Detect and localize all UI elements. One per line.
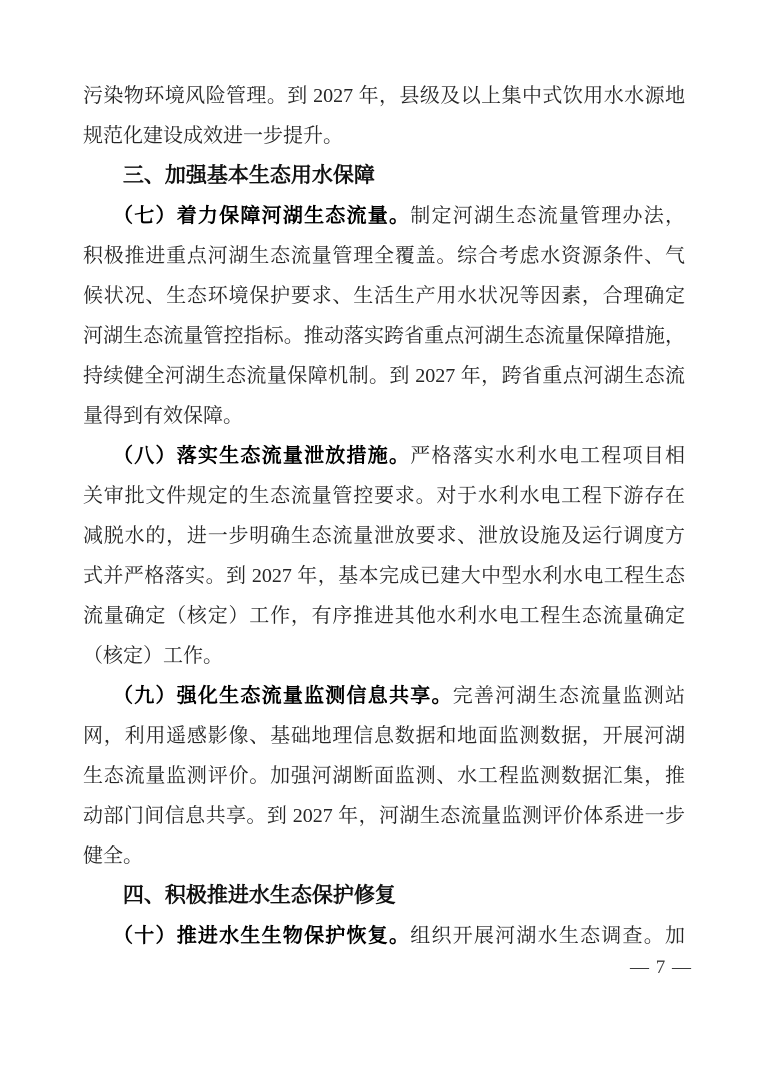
text-column: 污染物环境风险管理。到 2027 年，县级及以上集中式饮用水水源地 规范化建设成… bbox=[83, 76, 685, 956]
document-page: 污染物环境风险管理。到 2027 年，县级及以上集中式饮用水水源地 规范化建设成… bbox=[0, 0, 771, 1070]
clause-10-lead: （十）推进水生生物保护恢复。 bbox=[113, 925, 410, 947]
text-line: 减脱水的，进一步明确生态流量泄放要求、泄放设施及运行调度方 bbox=[83, 516, 685, 556]
text-line: 关审批文件规定的生态流量管控要求。对于水利水电工程下游存在 bbox=[83, 476, 685, 516]
clause-8-lead: （八）落实生态流量泄放措施。 bbox=[113, 445, 410, 467]
clause-9-text: 完善河湖生态流量监测站 bbox=[453, 685, 685, 707]
text-line: 网，利用遥感影像、基础地理信息数据和地面监测数据，开展河湖 bbox=[83, 716, 685, 756]
text-line: 生态流量监测评价。加强河湖断面监测、水工程监测数据汇集，推 bbox=[83, 756, 685, 796]
clause-7-text: 制定河湖生态流量管理办法， bbox=[410, 205, 685, 227]
text-line: 动部门间信息共享。到 2027 年，河湖生态流量监测评价体系进一步 bbox=[83, 796, 685, 836]
text-line: 健全。 bbox=[83, 836, 685, 876]
text-line: 河湖生态流量管控指标。推动落实跨省重点河湖生态流量保障措施， bbox=[83, 316, 685, 356]
text-line: 流量确定（核定）工作，有序推进其他水利水电工程生态流量确定 bbox=[83, 596, 685, 636]
text-line: （七）着力保障河湖生态流量。制定河湖生态流量管理办法， bbox=[83, 196, 685, 236]
clause-9-lead: （九）强化生态流量监测信息共享。 bbox=[113, 685, 453, 707]
section-heading-4: 四、积极推进水生态保护修复 bbox=[83, 876, 685, 916]
text-line: 式并严格落实。到 2027 年，基本完成已建大中型水利水电工程生态 bbox=[83, 556, 685, 596]
clause-7-lead: （七）着力保障河湖生态流量。 bbox=[113, 205, 410, 227]
clause-8-text: 严格落实水利水电工程项目相 bbox=[410, 445, 685, 467]
page-number: — 7 — bbox=[630, 956, 692, 980]
text-line: （核定）工作。 bbox=[83, 636, 685, 676]
text-line: （八）落实生态流量泄放措施。严格落实水利水电工程项目相 bbox=[83, 436, 685, 476]
text-line: （十）推进水生生物保护恢复。组织开展河湖水生态调查。加 bbox=[83, 916, 685, 956]
section-heading-3: 三、加强基本生态用水保障 bbox=[83, 156, 685, 196]
text-line: 污染物环境风险管理。到 2027 年，县级及以上集中式饮用水水源地 bbox=[83, 76, 685, 116]
clause-10-text: 组织开展河湖水生态调查。加 bbox=[410, 925, 685, 947]
text-line: 持续健全河湖生态流量保障机制。到 2027 年，跨省重点河湖生态流 bbox=[83, 356, 685, 396]
text-line: 积极推进重点河湖生态流量管理全覆盖。综合考虑水资源条件、气 bbox=[83, 236, 685, 276]
text-line: 量得到有效保障。 bbox=[83, 396, 685, 436]
text-line: 候状况、生态环境保护要求、生活生产用水状况等因素，合理确定 bbox=[83, 276, 685, 316]
text-line: 规范化建设成效进一步提升。 bbox=[83, 116, 685, 156]
text-line: （九）强化生态流量监测信息共享。完善河湖生态流量监测站 bbox=[83, 676, 685, 716]
